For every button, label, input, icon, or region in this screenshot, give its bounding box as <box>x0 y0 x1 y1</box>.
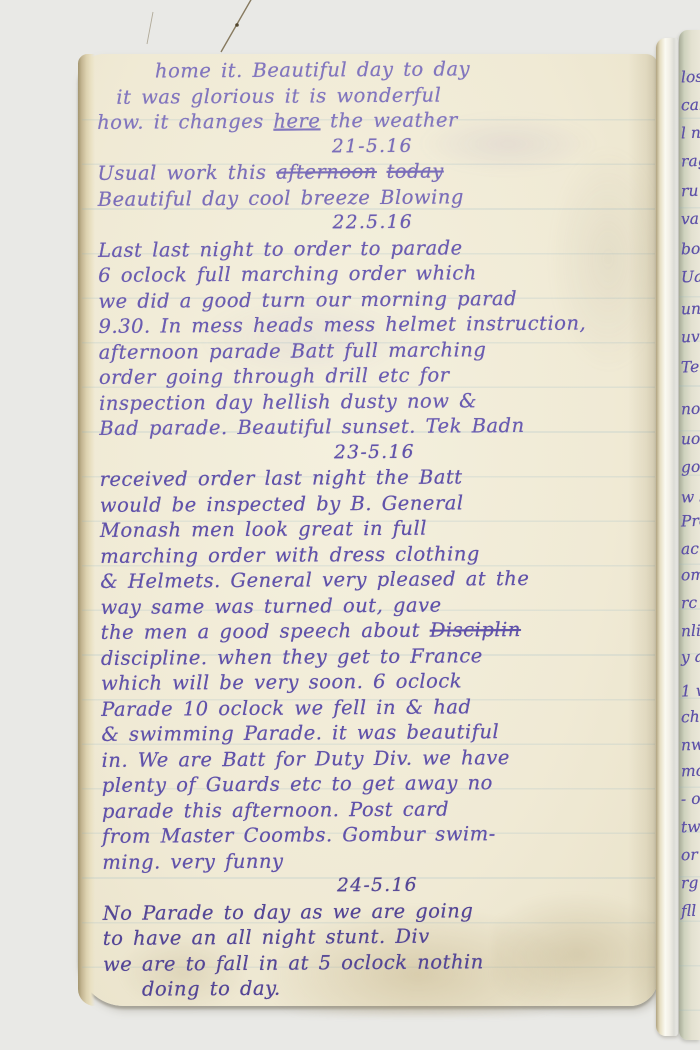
entry-date: 24-5.16 <box>102 871 652 900</box>
next-page-fragment: ru <box>681 182 699 201</box>
diary-line: & Helmets. General very pleased at the <box>100 565 650 594</box>
diary-line: order going through drill etc for <box>99 361 649 390</box>
next-page-fragment: Ua <box>681 268 700 287</box>
next-page-fragment: y a <box>681 648 700 667</box>
next-page-fragment: tw <box>681 818 700 837</box>
next-page-fragment: - o <box>681 790 700 809</box>
diary-line: how. it changes here the weather <box>97 106 647 135</box>
diary-line: 6 oclock full marching order which <box>98 259 648 288</box>
page-edge-stack <box>78 54 95 1006</box>
diary-line: marching order with dress clothing <box>100 540 650 569</box>
diary-line: the men a good speech about Disciplin <box>101 616 651 645</box>
next-page-fragment: los <box>681 68 700 87</box>
diary-line: we are to fall in at 5 oclock nothin <box>103 948 653 977</box>
next-page-fragment: fll <box>681 902 697 921</box>
next-page-fragment: rag <box>681 152 700 171</box>
next-page-fragment: ac <box>681 540 700 559</box>
next-page-fragment: cal <box>681 96 700 115</box>
entry-date: 23-5.16 <box>99 438 649 467</box>
next-page-fragment: un <box>681 300 700 319</box>
struck-word: afternoon <box>276 160 377 184</box>
diary-line: home it. Beautiful day to day <box>97 55 647 84</box>
next-page-fragment: ch <box>681 708 700 727</box>
next-page-fragment: om <box>681 566 700 585</box>
next-page-fragment: nw <box>681 736 700 755</box>
next-page-fragment: uv <box>681 328 700 347</box>
diary-line: way same was turned out, gave <box>100 591 650 620</box>
diary-line: Usual work this afternoon today <box>97 157 647 186</box>
diary-line: ming. very funny <box>102 846 652 875</box>
next-page-fragment: rg <box>681 874 699 893</box>
diary-line: discipline. when they get to France <box>101 642 651 671</box>
struck-word: today <box>386 160 443 183</box>
diary-line: parade this afternoon. Post card <box>102 795 652 824</box>
diary-line: Bad parade. Beautiful sunset. Tek Badn <box>99 412 649 441</box>
diary-line: it was glorious it is wonderful <box>97 81 647 110</box>
next-page-fragment: Ter <box>681 358 700 377</box>
diary-line: 9.30. In mess heads mess helmet instruct… <box>98 310 648 339</box>
next-page-fragment: rc <box>681 594 698 613</box>
page-fore-edge <box>656 38 678 1036</box>
next-page-fragment: va <box>681 210 700 229</box>
entry-date: 21-5.16 <box>97 132 647 161</box>
diary-line: plenty of Guards etc to get away no <box>102 769 652 798</box>
scanned-notebook: home it. Beautiful day to day it was glo… <box>0 0 700 1050</box>
next-page-fragment: nli <box>681 622 700 641</box>
diary-line: in. We are Batt for Duty Div. we have <box>102 744 652 773</box>
diary-line: doing to day. <box>103 973 653 1002</box>
underlined-word: here <box>273 109 320 132</box>
diary-entries: home it. Beautiful day to day it was glo… <box>97 55 654 1002</box>
next-page-fragment: uo <box>681 430 700 449</box>
next-page-fragment: 1 w <box>681 682 700 701</box>
next-page-sliver: loscall nragruvaboUaunuvTernouogow sProa… <box>679 30 700 1040</box>
binding-thread <box>0 0 300 60</box>
diary-line: which will be very soon. 6 oclock <box>101 667 651 696</box>
diary-line: Last last night to order to parade <box>98 234 648 263</box>
next-page-fragment: mo <box>681 762 700 781</box>
diary-line: Beautiful day cool breeze Blowing <box>98 183 648 212</box>
diary-line: to have an all night stunt. Div <box>103 922 653 951</box>
diary-line: afternoon parade Batt full marching <box>99 336 649 365</box>
entry-date: 22.5.16 <box>98 208 648 237</box>
next-page-fragment: Pro <box>681 512 700 531</box>
notebook-page: home it. Beautiful day to day it was glo… <box>78 54 658 1006</box>
next-page-fragment: l n <box>681 124 700 143</box>
diary-line: Monash men look great in full <box>100 514 650 543</box>
next-page-fragment: w s <box>681 488 700 507</box>
next-page-fragment: or <box>681 846 698 865</box>
diary-line: Parade 10 oclock we fell in & had <box>101 693 651 722</box>
scan-background: { "document": { "kind": "handwritten-dia… <box>0 0 700 1050</box>
struck-word: Disciplin <box>430 618 521 642</box>
diary-line: we did a good turn our morning parad <box>98 285 648 314</box>
diary-line: from Master Coombs. Gombur swim- <box>102 820 652 849</box>
diary-line: received order last night the Batt <box>100 463 650 492</box>
diary-line: inspection day hellish dusty now & <box>99 387 649 416</box>
diary-line: would be inspected by B. General <box>100 489 650 518</box>
next-page-fragment: go <box>681 458 700 477</box>
diary-line: & swimming Parade. it was beautiful <box>101 718 651 747</box>
next-page-fragment: no <box>681 400 700 419</box>
next-page-fragment: bo <box>681 240 700 259</box>
diary-line: No Parade to day as we are going <box>103 897 653 926</box>
